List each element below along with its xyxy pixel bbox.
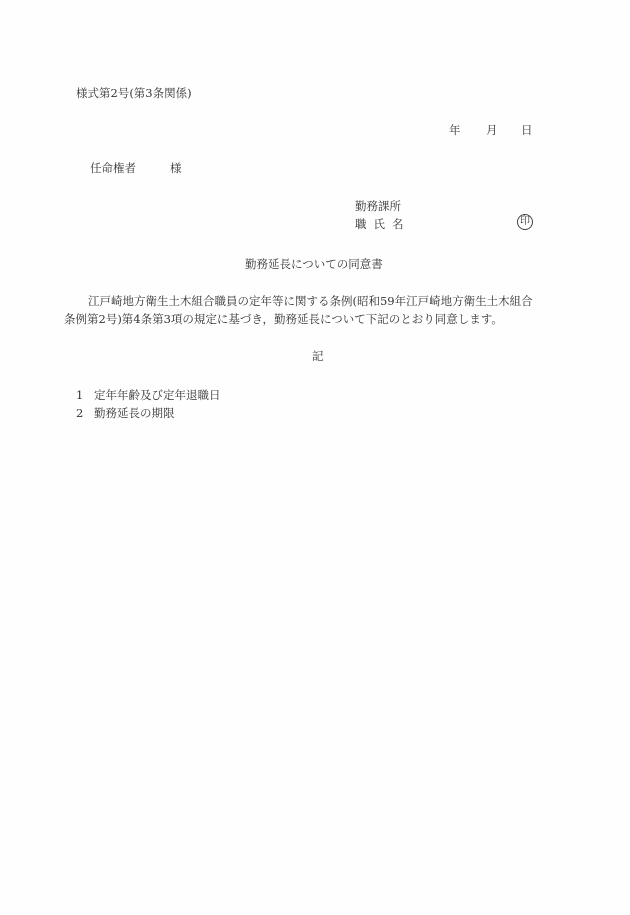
item-number: 2 bbox=[76, 404, 94, 422]
body-paragraph: 江戸崎地方衛生土木組合職員の定年等に関する条例(昭和59年江戸崎地方衛生土木組合… bbox=[76, 292, 556, 328]
name-label-char-1: 職 bbox=[355, 216, 367, 232]
seal-icon: 印 bbox=[517, 214, 533, 230]
addressee: 任命権者様 bbox=[90, 160, 182, 176]
date-year-label: 年 bbox=[449, 122, 486, 138]
list-item: 2勤務延長の期限 bbox=[76, 404, 221, 422]
body-line-2: 条例第2号)第4条第3項の規定に基づき，勤務延長について下記のとおり同意します。 bbox=[64, 310, 556, 328]
item-label: 定年年齢及び定年退職日 bbox=[94, 388, 221, 402]
document-title: 勤務延長についての同意書 bbox=[245, 256, 383, 272]
document-page: 様式第2号(第3条関係) 年月日 任命権者様 勤務課所 職氏名 印 勤務延長につ… bbox=[0, 0, 630, 915]
item-label: 勤務延長の期限 bbox=[94, 406, 175, 420]
body-line-1: 江戸崎地方衛生土木組合職員の定年等に関する条例(昭和59年江戸崎地方衛生土木組合 bbox=[76, 292, 556, 310]
list-item: 1定年年齢及び定年退職日 bbox=[76, 386, 221, 404]
form-number: 様式第2号(第3条関係) bbox=[76, 85, 192, 101]
name-label-char-2: 氏 bbox=[374, 216, 386, 232]
name-label: 職氏名 bbox=[355, 216, 411, 232]
addressee-name: 任命権者 bbox=[90, 161, 136, 175]
date-line: 年月日 bbox=[449, 122, 533, 138]
addressee-honorific: 様 bbox=[170, 160, 182, 176]
date-month-label: 月 bbox=[486, 122, 521, 138]
date-day-label: 日 bbox=[521, 122, 533, 138]
ki-heading: 記 bbox=[312, 348, 324, 364]
item-number: 1 bbox=[76, 386, 94, 404]
workplace-label: 勤務課所 bbox=[355, 198, 401, 214]
item-list: 1定年年齢及び定年退職日 2勤務延長の期限 bbox=[76, 386, 221, 422]
name-label-char-3: 名 bbox=[392, 216, 404, 232]
